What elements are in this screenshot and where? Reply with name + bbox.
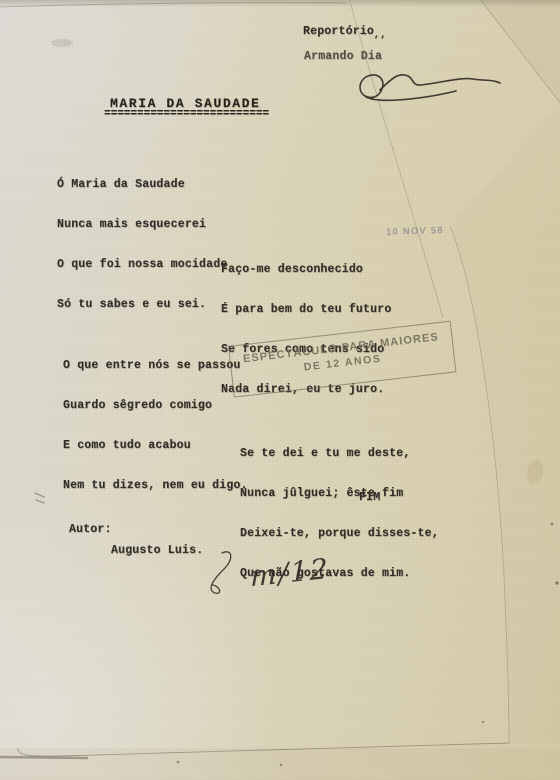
stanza-4-line-2: Nunca jûlguei; êste fim	[240, 487, 439, 500]
stanza-1-line-1: Ó Maria da Saudade	[57, 178, 227, 191]
speck	[551, 523, 554, 526]
speck	[555, 581, 558, 584]
stanza-1-line-3: O que foi nossa mocidade	[57, 258, 227, 271]
repertoire-marks: ,,	[374, 30, 387, 40]
stanza-4-line-3: Deixei-te, porque disses-te,	[240, 527, 439, 540]
sheet-bottom-edge	[18, 743, 509, 756]
sheet-top-edge	[0, 3, 346, 7]
sheet-right-edge	[450, 226, 509, 743]
signature-handwritten	[360, 75, 500, 101]
stanza-1-line-4: Só tu sabes e eu sei.	[57, 298, 227, 311]
title-underline: =========================	[104, 108, 269, 121]
speck	[177, 761, 180, 764]
smudge-right	[524, 458, 546, 485]
date-stamp: 10 NOV 58	[386, 225, 444, 238]
under-sheet-corner-top-right	[479, 0, 560, 104]
under-sheet-right	[450, 104, 560, 743]
handwritten-flourish	[211, 552, 231, 593]
scanned-typescript-page: Reportório,, Armando Dia MARIA DA SAUDAD…	[0, 0, 560, 780]
stanza-3-line-2: Guardo sêgredo comigo	[63, 399, 248, 412]
margin-check-mark	[35, 493, 44, 503]
stanza-3-line-1: O que entre nós se passou	[63, 359, 248, 372]
repertoire-text: Reportório	[303, 25, 374, 38]
under-sheet-bottom	[0, 748, 560, 780]
speck	[280, 764, 282, 766]
stanza-1-line-2: Nunca mais esquecerei	[57, 218, 227, 231]
repertoire-heading: Reportório,,	[303, 25, 387, 39]
stanza-1: Ó Maria da Saudade Nunca mais esquecerei…	[57, 151, 227, 339]
stanza-3-line-4: Nem tu dizes, nem eu digo.	[63, 479, 248, 492]
stack-edge-bottom-left	[0, 757, 88, 758]
end-mark: FIM	[359, 491, 380, 504]
stanza-3-line-3: E como tudo acabou	[63, 439, 248, 452]
under-sheet-edge-diagonal	[479, 0, 560, 104]
author-name: Augusto Luis.	[111, 544, 203, 557]
stanza-4-line-1: Se te dei e tu me deste,	[240, 447, 439, 460]
author-label: Autor:	[69, 523, 112, 536]
smudge-top-left	[51, 39, 73, 47]
stanza-3: O que entre nós se passou Guardo sêgredo…	[63, 332, 248, 520]
artist-name: Armando Dia	[304, 50, 382, 63]
speck	[482, 721, 484, 723]
stanza-2-line-2: É para bem do teu futuro	[221, 303, 391, 316]
stanza-2-line-1: Faço-me desconhecido	[221, 263, 391, 276]
